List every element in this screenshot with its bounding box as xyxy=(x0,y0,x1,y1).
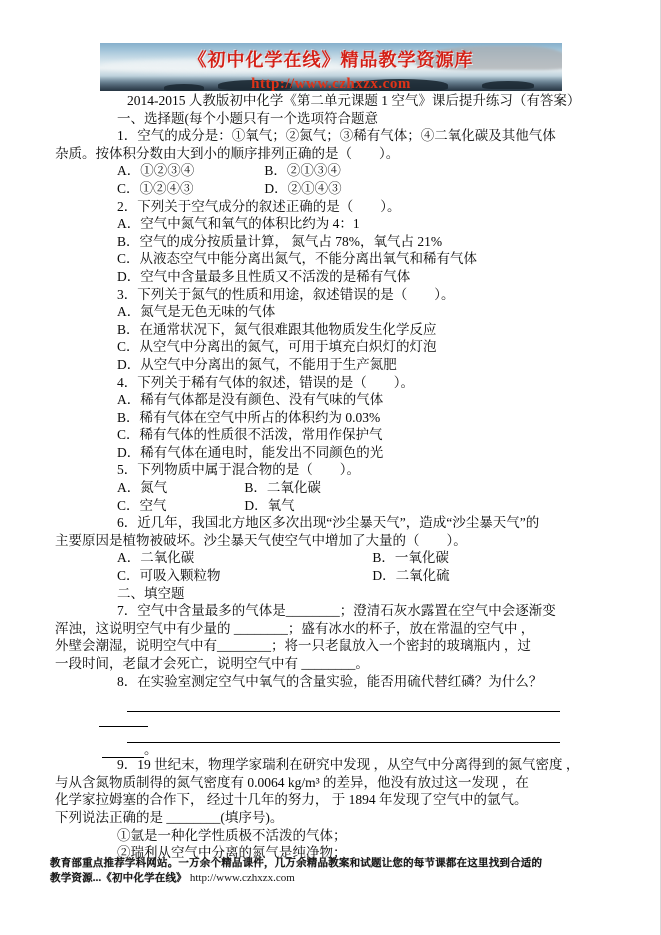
section-heading-fill: 二、填空题 xyxy=(55,585,651,603)
question-stem: 7．空气中含量最多的气体是________；澄清石灰水露置在空气中会逐渐变 xyxy=(55,602,651,620)
option-row: C．空气 D．氧气 xyxy=(55,497,651,515)
banner-site-url: http://www.czhxzx.com xyxy=(100,76,562,91)
option-row: A．氮气 B．二氧化碳 xyxy=(55,479,651,497)
option: D．从空气中分离出的氮气，不能用于生产氮肥 xyxy=(55,356,651,374)
banner-site-title: 《初中化学在线》精品教学资源库 xyxy=(100,46,562,72)
option: C．稀有气体的性质很不活泼，常用作保护气 xyxy=(55,426,651,444)
question-stem: 6．近几年，我国北方地区多次出现“沙尘暴天气”，造成“沙尘暴天气”的 xyxy=(55,514,651,532)
option: A．①②③④ xyxy=(117,162,261,180)
answer-blank-line xyxy=(127,698,560,712)
answer-blank-row xyxy=(55,694,651,710)
answer-blank-row xyxy=(55,725,651,741)
option: D．②①④③ xyxy=(264,180,341,198)
question-stem: 3．下列关于氮气的性质和用途，叙述错误的是（ ）。 xyxy=(55,286,651,304)
question-stem: 2．下列关于空气成分的叙述正确的是（ ）。 xyxy=(55,198,651,216)
question-stem: 浑浊，这说明空气中有少量的 ________；盛有冰水的杯子，放在常温的空气中 … xyxy=(55,620,651,638)
option: B．稀有气体在空气中所占的体积约为 0.03% xyxy=(55,409,651,427)
option-row: A．①②③④ B．②①③④ xyxy=(55,162,651,180)
option: B．在通常状况下，氮气很难跟其他物质发生化学反应 xyxy=(55,321,651,339)
footer-line1: 教育部重点推荐学科网站。一万余个精品课件，几万余精品教案和试题让您的每节课都在这… xyxy=(50,856,628,871)
question-stem: 8．在实验室测定空气中氧气的含量实验，能否用硫代替红磷？为什么？ xyxy=(55,673,651,691)
option: B．二氧化碳 xyxy=(244,479,321,497)
answer-blank-row xyxy=(55,710,651,726)
answer-blank-row: 。 xyxy=(55,741,651,757)
question-stem: 4．下列关于稀有气体的叙述，错误的是（ ）。 xyxy=(55,374,651,392)
option: D．氧气 xyxy=(244,497,294,515)
option: D．稀有气体在通电时，能发出不同颜色的光 xyxy=(55,444,651,462)
question-stem: 下列说法正确的是 ________(填序号)。 xyxy=(55,809,651,827)
option-row: C．可吸入颗粒物 D．二氧化硫 xyxy=(55,567,651,585)
answer-blank-line xyxy=(127,729,560,743)
question-stem: 主要原因是植物被破坏。沙尘暴天气使空气中增加了大量的（ ）。 xyxy=(55,532,651,550)
question-stem: 一段时间，老鼠才会死亡，说明空气中有 ________。 xyxy=(55,655,651,673)
footer-line2: 教学资源...《初中化学在线》http://www.czhxzx.com xyxy=(50,871,628,886)
question-stem: 与从含氮物质制得的氮气密度有 0.0064 kg/m³ 的差异，他没有放过这一发… xyxy=(55,774,651,792)
option: A．氮气是无色无味的气体 xyxy=(55,303,651,321)
footer-line2-text: 教学资源...《初中化学在线》 xyxy=(50,873,187,884)
option: D．二氧化硫 xyxy=(372,567,449,585)
option: B．空气的成分按质量计算， 氮气占 78%，氧气占 21% xyxy=(55,233,651,251)
blank-period: 。 xyxy=(144,742,158,757)
option: D．空气中含量最多且性质又不活泼的是稀有气体 xyxy=(55,268,651,286)
question-stem: 化学家拉姆塞的合作下， 经过十几年的努力， 于 1894 年发现了空气中的氩气。 xyxy=(55,791,651,809)
site-banner: 《初中化学在线》精品教学资源库 http://www.czhxzx.com xyxy=(100,43,562,91)
option-row: A．二氧化碳 B．一氧化碳 xyxy=(55,549,651,567)
option: B．一氧化碳 xyxy=(372,549,449,567)
option: C．可吸入颗粒物 xyxy=(117,567,369,585)
question-stem: 杂质。按体积分数由大到小的顺序排列正确的是（ ）。 xyxy=(55,145,651,163)
option: A．氮气 xyxy=(117,479,241,497)
statement: ①氩是一种化学性质极不活泼的气体； xyxy=(55,827,651,845)
option: B．②①③④ xyxy=(264,162,341,180)
option: A．稀有气体都是没有颜色、没有气味的气体 xyxy=(55,391,651,409)
option: A．空气中氮气和氧气的体积比约为 4：1 xyxy=(55,215,651,233)
option: C．从液态空气中能分离出氮气，不能分离出氧气和稀有气体 xyxy=(55,250,651,268)
question-stem: 1．空气的成分是：①氧气；②氮气；③稀有气体；④二氧化碳及其他气体 xyxy=(55,127,651,145)
question-stem: 9．19 世纪末，物理学家瑞利在研究中发现 ，从空气中分离得到的氮气密度 ， xyxy=(55,756,651,774)
option: C．①②④③ xyxy=(117,180,261,198)
option: A．二氧化碳 xyxy=(117,549,369,567)
footer-site-url: http://www.czhxzx.com xyxy=(190,872,295,884)
document-title: 2014-2015 人教版初中化学《第二单元课题 1 空气》课后提升练习（有答案… xyxy=(55,92,651,110)
option: C．空气 xyxy=(117,497,241,515)
question-stem: 5．下列物质中属于混合物的是（ ）。 xyxy=(55,461,651,479)
footer: 教育部重点推荐学科网站。一万余个精品课件，几万余精品教案和试题让您的每节课都在这… xyxy=(50,856,628,886)
worksheet-page: 《初中化学在线》精品教学资源库 http://www.czhxzx.com 20… xyxy=(0,0,661,935)
document-body: 2014-2015 人教版初中化学《第二单元课题 1 空气》课后提升练习（有答案… xyxy=(55,92,651,862)
question-stem: 外壁会潮湿，说明空气中有________；将一只老鼠放入一个密封的玻璃瓶内 ，过 xyxy=(55,637,651,655)
section-heading-choice: 一、选择题(每个小题只有一个选项符合题意 xyxy=(55,110,651,128)
option-row: C．①②④③ D．②①④③ xyxy=(55,180,651,198)
option: C．从空气中分离出的氮气，可用于填充白炽灯的灯泡 xyxy=(55,338,651,356)
